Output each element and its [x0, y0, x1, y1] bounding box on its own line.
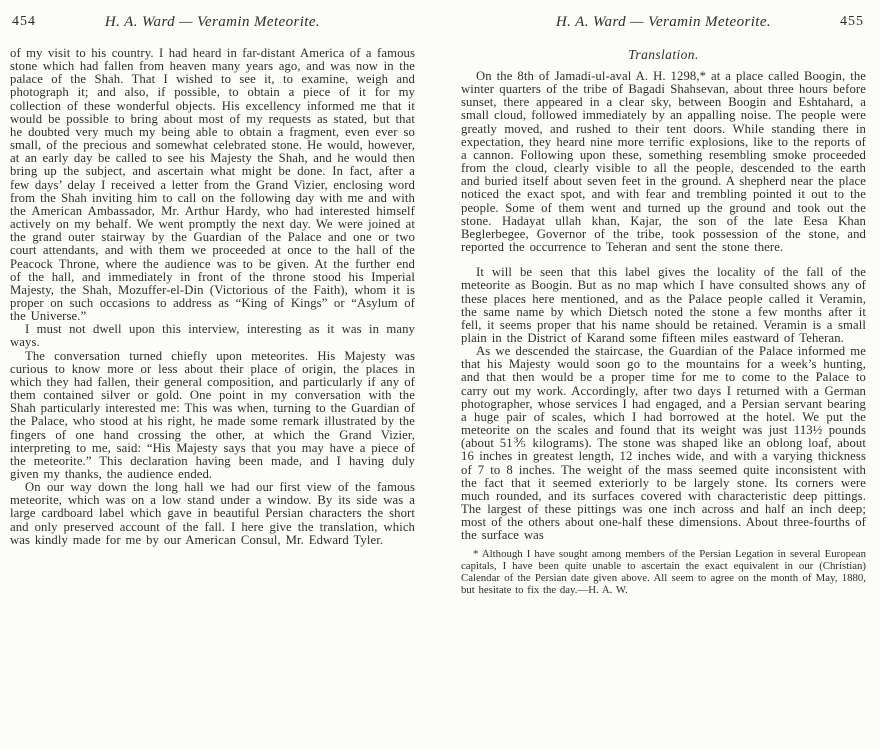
- section-heading-translation: Translation.: [461, 47, 866, 63]
- paragraph: On the 8th of Jamadi-ul-aval A. H. 1298,…: [461, 70, 866, 254]
- page-left: 454 H. A. Ward — Veramin Meteorite. of m…: [10, 14, 415, 750]
- page-right-header: H. A. Ward — Veramin Meteorite. 455: [461, 14, 866, 34]
- footnote-text: * Although I have sought among members o…: [461, 549, 866, 597]
- page-number-left: 454: [12, 14, 36, 30]
- page-number-right: 455: [840, 14, 864, 30]
- footnote: * Although I have sought among members o…: [461, 549, 866, 597]
- running-header-left: H. A. Ward — Veramin Meteorite.: [105, 14, 320, 30]
- page-left-body: of my visit to his country. I had heard …: [10, 47, 415, 547]
- paragraph: On our way down the long hall we had our…: [10, 481, 415, 547]
- book-spread: 454 H. A. Ward — Veramin Meteorite. of m…: [0, 0, 880, 750]
- paragraph: It will be seen that this label gives th…: [461, 266, 866, 345]
- page-right: H. A. Ward — Veramin Meteorite. 455 Tran…: [461, 14, 866, 750]
- paragraph: of my visit to his country. I had heard …: [10, 47, 415, 323]
- page-left-header: 454 H. A. Ward — Veramin Meteorite.: [10, 14, 415, 34]
- page-right-body: On the 8th of Jamadi-ul-aval A. H. 1298,…: [461, 70, 866, 542]
- paragraph: The conversation turned chiefly upon met…: [10, 350, 415, 482]
- paragraph: As we descended the staircase, the Guard…: [461, 345, 866, 542]
- paragraph: I must not dwell upon this interview, in…: [10, 323, 415, 349]
- running-header-right: H. A. Ward — Veramin Meteorite.: [556, 14, 771, 30]
